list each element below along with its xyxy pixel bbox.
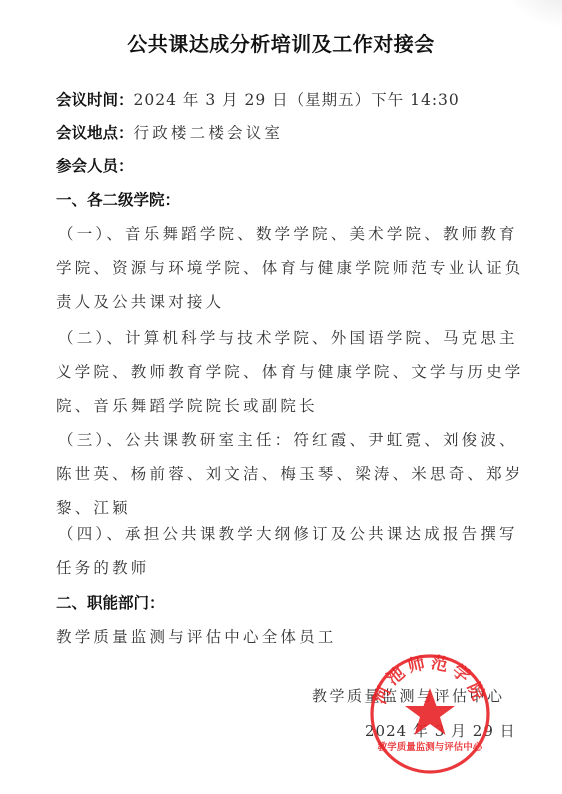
meeting-place-label: 会议地点： [56, 124, 134, 142]
item-4-line-1: （四）、承担公共课教学大纲修订及公共课达成报告撰写 [58, 522, 518, 544]
seal-star-icon [405, 688, 455, 735]
attendees-heading: 参会人员： [56, 154, 134, 176]
section-1-heading: 一、各二级学院： [56, 188, 180, 210]
item-2-line-1: （二）、计算机科学与技术学院、外国语学院、马克思主 [58, 326, 518, 348]
seal-inner-text: 教学质量监测与评估中心 [377, 741, 483, 753]
meeting-time-value: 2024 年 3 月 29 日（星期五）下午 14:30 [134, 91, 460, 109]
meeting-time-row: 会议时间：2024 年 3 月 29 日（星期五）下午 14:30 [56, 88, 460, 110]
item-4-line-2: 任务的教师 [56, 556, 150, 578]
document-title: 公共课达成分析培训及工作对接会 [0, 28, 562, 57]
meeting-place-row: 会议地点：行政楼二楼会议室 [56, 121, 283, 143]
meeting-time-label: 会议时间： [56, 91, 134, 109]
item-1-line-2: 学院、资源与环境学院、体育与健康学院师范专业认证负 [56, 256, 524, 278]
item-1-line-1: （一）、音乐舞蹈学院、数学学院、美术学院、教师教育 [58, 222, 518, 244]
section-2-heading: 二、职能部门： [56, 591, 165, 613]
section-2-text: 教学质量监测与评估中心全体员工 [56, 625, 337, 647]
item-2-line-2: 义学院、教师教育学院、体育与健康学院、文学与历史学 [56, 360, 524, 382]
page-corner-shadow [502, 0, 562, 30]
item-3-line-3: 黎、江颖 [56, 496, 131, 518]
item-3-line-1: （三）、公共课教研室主任：符红霞、尹虹霓、刘俊波、 [58, 428, 518, 450]
item-3-line-2: 陈世英、杨前蓉、刘文洁、梅玉琴、梁涛、米思奇、郑岁 [56, 462, 524, 484]
meeting-place-value: 行政楼二楼会议室 [134, 124, 284, 142]
official-seal-stamp: 河池师范学院 教学质量监测与评估中心 [368, 652, 492, 776]
item-1-line-3: 责人及公共课对接人 [56, 290, 224, 312]
item-2-line-3: 院、音乐舞蹈学院院长或副院长 [56, 394, 318, 416]
